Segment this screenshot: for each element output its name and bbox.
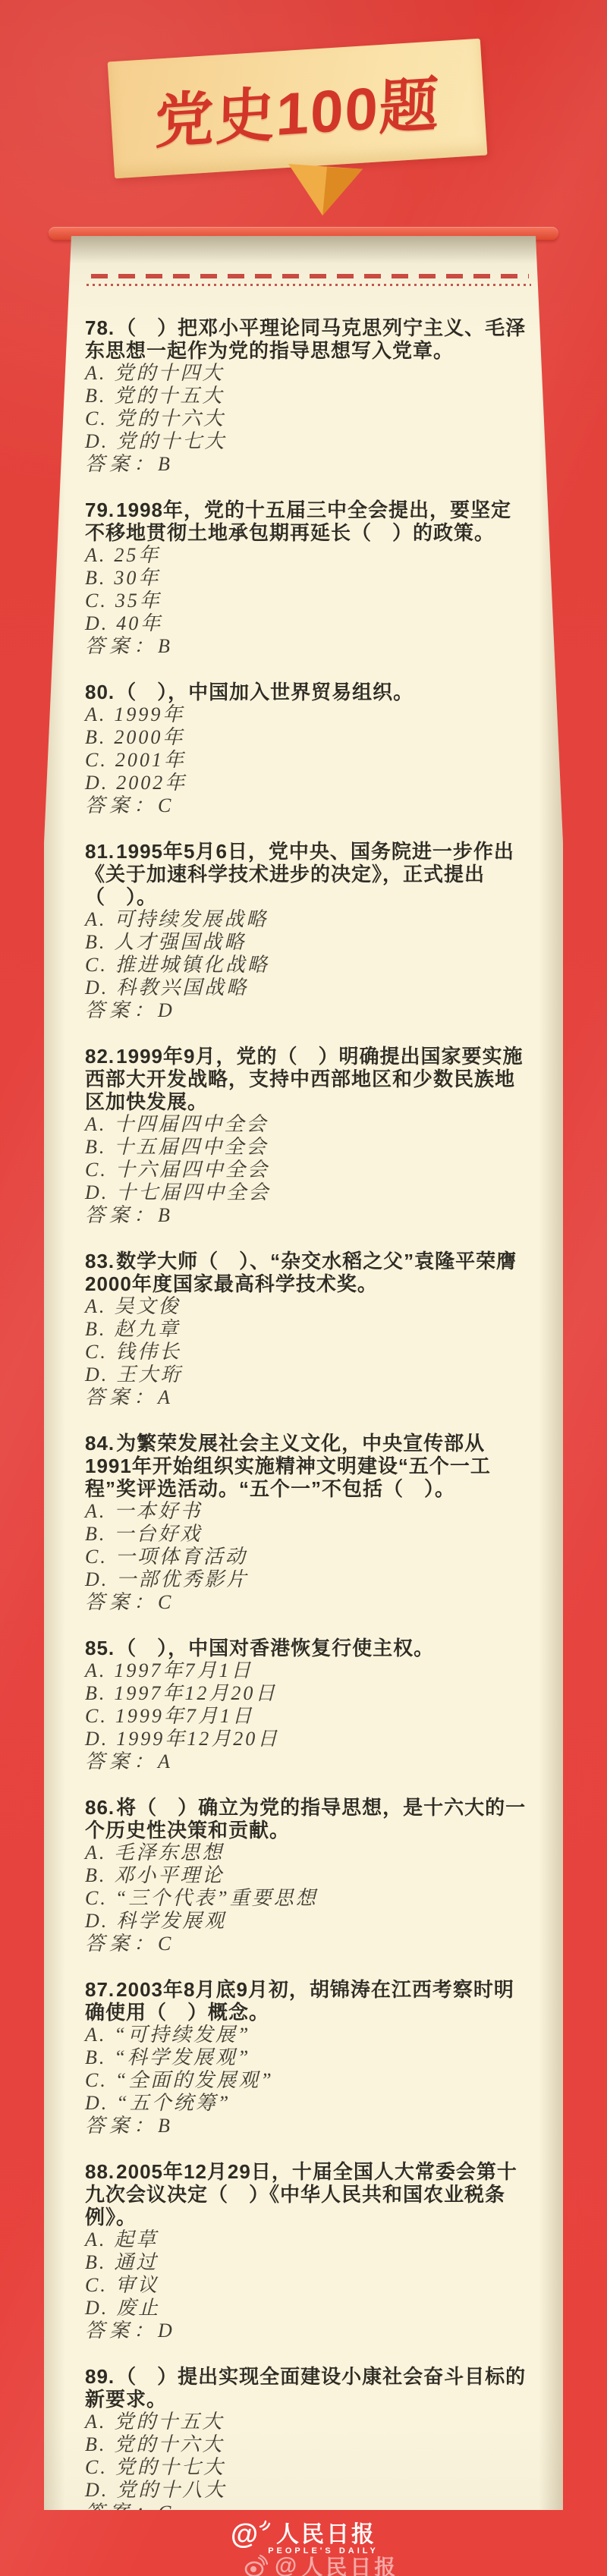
question-options: A.一本好书B.一台好戏C.一项体育活动D.一部优秀影片: [85, 1500, 531, 1591]
answer-line: 答案：C: [85, 794, 531, 817]
answer-label: 答案：: [85, 453, 158, 475]
option-letter: D.: [85, 612, 109, 634]
question-option: C.党的十七大: [85, 2456, 531, 2479]
option-letter: A.: [85, 2228, 106, 2250]
question-text: 数学大师（ ）、“杂交水稻之父”袁隆平荣膺2000年度国家最高科学技术奖。: [85, 1250, 517, 1295]
question-number: 81.: [85, 840, 115, 863]
banner-ribbon-tail: [288, 164, 363, 215]
option-letter: B.: [85, 2433, 106, 2455]
option-letter: C.: [85, 2456, 108, 2478]
option-text: 王大珩: [116, 1363, 182, 1386]
question-title: 88.2005年12月29日，十届全国人大常委会第十九次会议决定（ ）《中华人民…: [85, 2160, 531, 2228]
answer-value: A: [158, 1386, 172, 1408]
question-number: 87.: [85, 1978, 115, 2001]
answer-label: 答案：: [85, 635, 158, 657]
question-option: C.35年: [85, 590, 531, 612]
question: 88.2005年12月29日，十届全国人大常委会第十九次会议决定（ ）《中华人民…: [85, 2160, 531, 2342]
question-option: B.党的十六大: [85, 2433, 531, 2456]
option-text: 40年: [116, 612, 162, 634]
question-option: B.赵九章: [85, 1318, 531, 1341]
question-option: D.党的十八大: [85, 2479, 531, 2502]
footer: @ 人民日报 PEOPLE'S DAILY @人民日报: [0, 2510, 607, 2576]
option-text: 1997年7月1日: [114, 1659, 253, 1681]
paper-content: 78.（ ）把邓小平理论同马克思列宁主义、毛泽东思想一起作为党的指导思想写入党章…: [44, 236, 563, 2524]
option-letter: B.: [85, 2046, 106, 2068]
question: 82.1999年9月，党的（ ）明确提出国家要实施西部大开发战略，支持中西部地区…: [85, 1045, 531, 1227]
option-text: 35年: [115, 590, 162, 612]
option-letter: C.: [85, 2069, 108, 2091]
question-option: B.2000年: [85, 726, 531, 749]
at-icon: @: [231, 2521, 258, 2548]
banner-title: 党史100题: [154, 57, 441, 160]
question-options: A.党的十四大B.党的十五大C.党的十六大D.党的十七大: [85, 362, 531, 453]
option-text: “五个统筹”: [116, 2092, 231, 2114]
option-text: 2000年: [114, 726, 184, 748]
question-title: 79.1998年，党的十五届三中全会提出，要坚定不移地贯彻土地承包期再延长（ ）…: [85, 499, 531, 544]
answer-label: 答案：: [85, 999, 158, 1021]
question-number: 85.: [85, 1637, 115, 1659]
option-text: 审议: [115, 2274, 159, 2296]
question-option: C.钱伟长: [85, 1341, 531, 1363]
answer-label: 答案：: [85, 1933, 158, 1955]
question-title: 81.1995年5月6日，党中央、国务院进一步作出《关于加速科学技术进步的决定》…: [85, 840, 531, 908]
question-text: 为繁荣发展社会主义文化，中央宣传部从1991年开始组织实施精神文明建设“五个一工…: [85, 1432, 491, 1500]
option-text: 25年: [114, 544, 160, 566]
answer-line: 答案：A: [85, 1386, 531, 1409]
answer-line: 答案：D: [85, 2320, 531, 2342]
option-text: 人才强国战略: [114, 931, 246, 953]
question-option: C.“三个代表”重要思想: [85, 1887, 531, 1910]
question-option: C.审议: [85, 2274, 531, 2297]
answer-line: 答案：B: [85, 635, 531, 658]
question-text: （ ）提出实现全面建设小康社会奋斗目标的新要求。: [85, 2365, 526, 2411]
option-letter: A.: [85, 703, 106, 725]
answer-line: 答案：B: [85, 2115, 531, 2137]
option-letter: B.: [85, 1318, 106, 1340]
option-letter: C.: [85, 1705, 108, 1727]
option-text: 科学发展观: [116, 1910, 226, 1932]
option-text: 邓小平理论: [114, 1864, 224, 1886]
question-title: 78.（ ）把邓小平理论同马克思列宁主义、毛泽东思想一起作为党的指导思想写入党章…: [85, 316, 531, 362]
answer-value: A: [158, 1750, 172, 1772]
question-options: A.党的十五大B.党的十六大C.党的十七大D.党的十八大: [85, 2411, 531, 2502]
banner-ribbon: 党史100题: [108, 39, 488, 179]
question-option: D.党的十七大: [85, 430, 531, 453]
option-text: 十四届四中全会: [114, 1113, 268, 1135]
option-text: 十五届四中全会: [114, 1136, 268, 1158]
option-text: 科教兴国战略: [116, 977, 248, 999]
question: 87.2003年8月底9月初，胡锦涛在江西考察时明确使用（ ）概念。 A.“可持…: [85, 1978, 531, 2137]
watermark-at-icon: @: [275, 2553, 297, 2576]
option-letter: A.: [85, 1295, 106, 1317]
question-option: C.“全面的发展观”: [85, 2069, 531, 2092]
option-letter: B.: [85, 726, 106, 748]
option-letter: C.: [85, 407, 108, 429]
option-letter: B.: [85, 1864, 106, 1886]
question: 89.（ ）提出实现全面建设小康社会奋斗目标的新要求。 A.党的十五大B.党的十…: [85, 2365, 531, 2524]
option-text: 1997年12月20日: [114, 1682, 277, 1704]
option-text: 2001年: [115, 749, 186, 771]
answer-line: 答案：A: [85, 1750, 531, 1773]
question-option: C.一项体育活动: [85, 1546, 531, 1568]
question-option: B.人才强国战略: [85, 931, 531, 954]
option-text: 党的十六大: [114, 2433, 224, 2455]
question-number: 79.: [85, 499, 115, 521]
question-option: D.科教兴国战略: [85, 977, 531, 999]
question-text: （ ），中国加入世界贸易组织。: [116, 681, 414, 703]
answer-value: C: [158, 1591, 173, 1613]
option-text: 党的十七大: [115, 2456, 225, 2478]
option-letter: A.: [85, 908, 106, 930]
question-option: A.可持续发展战略: [85, 908, 531, 931]
option-text: 钱伟长: [115, 1341, 181, 1363]
option-letter: D.: [85, 430, 109, 452]
option-text: 赵九章: [114, 1318, 180, 1340]
option-text: 可持续发展战略: [114, 908, 268, 930]
question-text: 将（ ）确立为党的指导思想，是十六大的一个历史性决策和贡献。: [85, 1796, 526, 1842]
option-letter: C.: [85, 2274, 108, 2296]
option-text: 推进城镇化战略: [115, 954, 269, 976]
answer-label: 答案：: [85, 2115, 158, 2137]
option-letter: C.: [85, 590, 108, 612]
option-text: 一本好书: [114, 1500, 202, 1522]
answer-line: 答案：B: [85, 1204, 531, 1227]
footer-logo: @ 人民日报 PEOPLE'S DAILY @人民日报: [0, 2521, 607, 2556]
option-text: 党的十六大: [115, 407, 225, 429]
option-letter: D.: [85, 2297, 109, 2319]
question-option: A.起草: [85, 2228, 531, 2251]
question-list: 78.（ ）把邓小平理论同马克思列宁主义、毛泽东思想一起作为党的指导思想写入党章…: [85, 316, 531, 2524]
option-text: 1999年: [114, 703, 184, 725]
option-text: 吴文俊: [114, 1295, 180, 1317]
answer-value: B: [158, 453, 172, 475]
option-text: 十七届四中全会: [116, 1181, 270, 1203]
question-option: D.废止: [85, 2297, 531, 2320]
question-title: 85.（ ），中国对香港恢复行使主权。: [85, 1637, 531, 1659]
option-letter: B.: [85, 1523, 106, 1545]
question-options: A.十四届四中全会B.十五届四中全会C.十六届四中全会D.十七届四中全会: [85, 1113, 531, 1204]
answer-line: 答案：D: [85, 999, 531, 1022]
option-letter: C.: [85, 1887, 108, 1909]
answer-line: 答案：C: [85, 1933, 531, 1955]
question-option: A.1999年: [85, 703, 531, 726]
question: 86.将（ ）确立为党的指导思想，是十六大的一个历史性决策和贡献。 A.毛泽东思…: [85, 1796, 531, 1955]
poster: { "banner": { "title": "党史100题" }, "labe…: [0, 0, 607, 2576]
question-number: 86.: [85, 1796, 115, 1819]
option-letter: A.: [85, 1659, 106, 1681]
option-text: 30年: [114, 567, 160, 589]
option-letter: A.: [85, 1842, 106, 1864]
question-option: B.通过: [85, 2251, 531, 2274]
question-number: 80.: [85, 681, 115, 703]
question-options: A.25年B.30年C.35年D.40年: [85, 544, 531, 635]
answer-label: 答案：: [85, 1204, 158, 1226]
answer-value: B: [158, 1204, 172, 1226]
watermark: @人民日报: [244, 2551, 398, 2576]
question-option: D.40年: [85, 612, 531, 635]
option-letter: A.: [85, 362, 106, 384]
question-options: A.毛泽东思想B.邓小平理论C.“三个代表”重要思想D.科学发展观: [85, 1842, 531, 1933]
option-letter: A.: [85, 2024, 106, 2046]
brand-name: 人民日报: [276, 2521, 376, 2549]
brand-row: @ 人民日报: [231, 2521, 376, 2549]
option-letter: A.: [85, 544, 106, 566]
option-text: 党的十五大: [114, 385, 224, 407]
question-text: 2003年8月底9月初，胡锦涛在江西考察时明确使用（ ）概念。: [85, 1978, 514, 2024]
question-title: 86.将（ ）确立为党的指导思想，是十六大的一个历史性决策和贡献。: [85, 1796, 531, 1842]
option-letter: A.: [85, 2411, 106, 2433]
question-text: 1999年9月，党的（ ）明确提出国家要实施西部大开发战略，支持中西部地区和少数…: [85, 1045, 523, 1113]
option-letter: D.: [85, 772, 109, 794]
question-option: B.党的十五大: [85, 385, 531, 407]
question-title: 80.（ ），中国加入世界贸易组织。: [85, 681, 531, 703]
question: 80.（ ），中国加入世界贸易组织。 A.1999年B.2000年C.2001年…: [85, 681, 531, 817]
scroll-paper: 78.（ ）把邓小平理论同马克思列宁主义、毛泽东思想一起作为党的指导思想写入党章…: [44, 236, 563, 2510]
question-option: A.十四届四中全会: [85, 1113, 531, 1136]
question-option: B.十五届四中全会: [85, 1136, 531, 1159]
option-text: 通过: [114, 2251, 158, 2273]
option-letter: B.: [85, 1136, 106, 1158]
answer-value: B: [158, 635, 172, 657]
question-text: 1995年5月6日，党中央、国务院进一步作出《关于加速科学技术进步的决定》，正式…: [85, 840, 514, 908]
option-letter: C.: [85, 1159, 108, 1181]
question-text: 2005年12月29日，十届全国人大常委会第十九次会议决定（ ）《中华人民共和国…: [85, 2160, 517, 2228]
question: 79.1998年，党的十五届三中全会提出，要坚定不移地贯彻土地承包期再延长（ ）…: [85, 499, 531, 658]
question-options: A.1999年B.2000年C.2001年D.2002年: [85, 703, 531, 794]
option-text: 废止: [116, 2297, 160, 2319]
question-title: 83.数学大师（ ）、“杂交水稻之父”袁隆平荣膺2000年度国家最高科学技术奖。: [85, 1250, 531, 1295]
question-option: D.科学发展观: [85, 1910, 531, 1933]
option-text: 党的十七大: [116, 430, 226, 452]
option-text: 党的十五大: [114, 2411, 224, 2433]
question: 81.1995年5月6日，党中央、国务院进一步作出《关于加速科学技术进步的决定》…: [85, 840, 531, 1022]
answer-value: B: [158, 2115, 172, 2137]
option-text: 2002年: [116, 772, 187, 794]
option-letter: B.: [85, 567, 106, 589]
answer-label: 答案：: [85, 1750, 158, 1772]
question-option: B.30年: [85, 567, 531, 590]
dotted-divider: [86, 284, 531, 286]
question-option: A.25年: [85, 544, 531, 567]
question: 85.（ ），中国对香港恢复行使主权。 A.1997年7月1日B.1997年12…: [85, 1637, 531, 1773]
question: 83.数学大师（ ）、“杂交水稻之父”袁隆平荣膺2000年度国家最高科学技术奖。…: [85, 1250, 531, 1409]
question-number: 89.: [85, 2365, 115, 2388]
answer-line: 答案：C: [85, 1591, 531, 1614]
option-letter: C.: [85, 749, 108, 771]
question-options: A.1997年7月1日B.1997年12月20日C.1999年7月1日D.199…: [85, 1659, 531, 1750]
question-title: 89.（ ）提出实现全面建设小康社会奋斗目标的新要求。: [85, 2365, 531, 2411]
question-title: 82.1999年9月，党的（ ）明确提出国家要实施西部大开发战略，支持中西部地区…: [85, 1045, 531, 1113]
question-option: D.“五个统筹”: [85, 2092, 531, 2115]
answer-value: C: [158, 1933, 173, 1955]
question-option: D.十七届四中全会: [85, 1181, 531, 1204]
answer-line: 答案：B: [85, 453, 531, 476]
question-options: A.“可持续发展”B.“科学发展观”C.“全面的发展观”D.“五个统筹”: [85, 2024, 531, 2115]
question-option: A.毛泽东思想: [85, 1842, 531, 1864]
option-text: 党的十八大: [116, 2479, 226, 2501]
answer-label: 答案：: [85, 2320, 158, 2342]
option-letter: D.: [85, 977, 109, 999]
question-option: A.党的十四大: [85, 362, 531, 385]
watermark-text: 人民日报: [301, 2551, 398, 2576]
answer-value: C: [158, 794, 173, 816]
question-option: B.1997年12月20日: [85, 1682, 531, 1705]
question-option: D.一部优秀影片: [85, 1568, 531, 1591]
option-letter: B.: [85, 931, 106, 953]
answer-value: D: [158, 2320, 175, 2342]
option-letter: C.: [85, 1546, 108, 1568]
question-options: A.起草B.通过C.审议D.废止: [85, 2228, 531, 2320]
weibo-eye-icon: [244, 2555, 270, 2576]
option-letter: C.: [85, 1341, 108, 1363]
answer-label: 答案：: [85, 1386, 158, 1408]
question-title: 87.2003年8月底9月初，胡锦涛在江西考察时明确使用（ ）概念。: [85, 1978, 531, 2024]
option-letter: A.: [85, 1113, 106, 1135]
question-options: A.可持续发展战略B.人才强国战略C.推进城镇化战略D.科教兴国战略: [85, 908, 531, 999]
question-option: A.一本好书: [85, 1500, 531, 1523]
option-letter: D.: [85, 1728, 109, 1750]
option-letter: D.: [85, 1910, 109, 1932]
option-letter: B.: [85, 1682, 106, 1704]
question-option: A.吴文俊: [85, 1295, 531, 1318]
option-letter: B.: [85, 385, 106, 407]
option-letter: C.: [85, 954, 108, 976]
question-number: 83.: [85, 1250, 115, 1272]
question-option: D.2002年: [85, 772, 531, 794]
option-text: 党的十四大: [114, 362, 224, 384]
question-text: （ ）把邓小平理论同马克思列宁主义、毛泽东思想一起作为党的指导思想写入党章。: [85, 316, 526, 362]
question-option: C.2001年: [85, 749, 531, 772]
question-options: A.吴文俊B.赵九章C.钱伟长D.王大珩: [85, 1295, 531, 1386]
question-option: A.“可持续发展”: [85, 2024, 531, 2046]
question-option: A.党的十五大: [85, 2411, 531, 2433]
option-letter: A.: [85, 1500, 106, 1522]
option-text: 十六届四中全会: [115, 1159, 269, 1181]
question-number: 88.: [85, 2160, 115, 2183]
question-option: B.一台好戏: [85, 1523, 531, 1546]
option-text: 一部优秀影片: [116, 1568, 248, 1590]
answer-label: 答案：: [85, 1591, 158, 1613]
question-option: C.党的十六大: [85, 407, 531, 430]
answer-value: D: [158, 999, 175, 1021]
question: 84.为繁荣发展社会主义文化，中央宣传部从1991年开始组织实施精神文明建设“五…: [85, 1432, 531, 1614]
question-option: B.“科学发展观”: [85, 2046, 531, 2069]
question-number: 82.: [85, 1045, 115, 1068]
question-text: 1998年，党的十五届三中全会提出，要坚定不移地贯彻土地承包期再延长（ ）的政策…: [85, 499, 511, 544]
option-text: 毛泽东思想: [114, 1842, 224, 1864]
question-title: 84.为繁荣发展社会主义文化，中央宣传部从1991年开始组织实施精神文明建设“五…: [85, 1432, 531, 1500]
question-option: C.推进城镇化战略: [85, 954, 531, 977]
question-option: B.邓小平理论: [85, 1864, 531, 1887]
question-option: D.王大珩: [85, 1363, 531, 1386]
option-letter: D.: [85, 1363, 109, 1386]
option-text: 1999年7月1日: [115, 1705, 254, 1727]
option-letter: D.: [85, 2479, 109, 2501]
option-letter: D.: [85, 1568, 109, 1590]
option-text: 一项体育活动: [115, 1546, 247, 1568]
question-number: 78.: [85, 316, 115, 339]
option-text: 起草: [114, 2228, 158, 2250]
question-option: D.1999年12月20日: [85, 1728, 531, 1750]
question-text: （ ），中国对香港恢复行使主权。: [116, 1637, 434, 1659]
question: 78.（ ）把邓小平理论同马克思列宁主义、毛泽东思想一起作为党的指导思想写入党章…: [85, 316, 531, 476]
signal-waves-icon: [258, 2519, 272, 2533]
option-letter: D.: [85, 1181, 109, 1203]
question-option: C.十六届四中全会: [85, 1159, 531, 1181]
option-text: “科学发展观”: [114, 2046, 250, 2068]
question-number: 84.: [85, 1432, 115, 1455]
option-text: “全面的发展观”: [115, 2069, 274, 2091]
question-option: A.1997年7月1日: [85, 1659, 531, 1682]
option-letter: D.: [85, 2092, 109, 2114]
dashed-divider: [91, 274, 529, 278]
question-option: C.1999年7月1日: [85, 1705, 531, 1728]
option-letter: B.: [85, 2251, 106, 2273]
option-text: 一台好戏: [114, 1523, 202, 1545]
option-text: “可持续发展”: [114, 2024, 250, 2046]
option-text: “三个代表”重要思想: [115, 1887, 318, 1909]
option-text: 1999年12月20日: [116, 1728, 279, 1750]
answer-label: 答案：: [85, 794, 158, 816]
